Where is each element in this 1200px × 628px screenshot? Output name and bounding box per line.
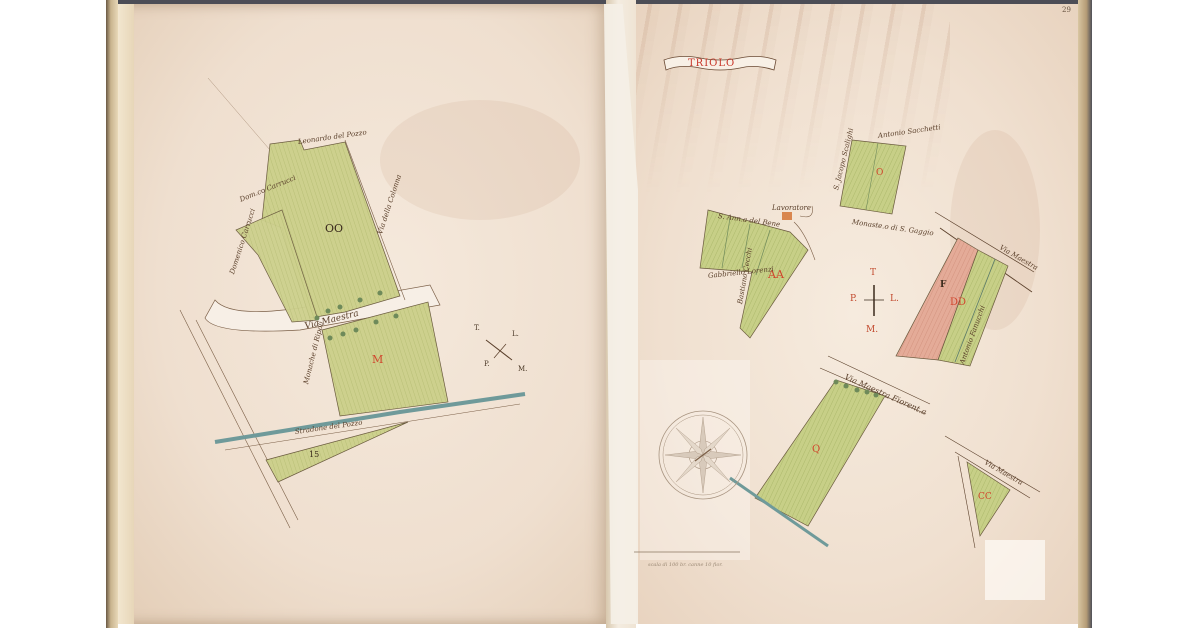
map-title: TRIOLO	[688, 58, 735, 69]
scale-note: scala di 100 br. canne 10 fior.	[648, 562, 723, 568]
compass-east: L.	[890, 294, 899, 304]
compass-east: L.	[512, 330, 519, 338]
parcel-label-O: O	[876, 168, 883, 178]
neighbor-label: Lavoratore	[772, 204, 811, 212]
parcel-label-CC: CC	[978, 492, 992, 502]
house-icon	[782, 212, 792, 220]
parcel-label-Q: Q	[812, 444, 820, 455]
atlas-spread: TRIOLO 29 OO M 15 Via Maestra Stradone d…	[0, 0, 1200, 628]
compass-south: M.	[866, 325, 878, 335]
compass-north: T.	[474, 324, 480, 332]
compass-west: P.	[850, 294, 857, 304]
compass-rose-icon	[659, 411, 747, 499]
parcel-O	[840, 140, 906, 214]
parcel-label-F: F	[940, 280, 946, 290]
parcel-label-OO: OO	[325, 222, 343, 235]
page-number: 29	[1062, 6, 1071, 14]
parcel-label-DD: DD	[950, 297, 966, 308]
compass-south: M.	[518, 365, 527, 373]
compass-north: T	[870, 268, 876, 278]
parcel-label-M: M	[372, 353, 383, 366]
map-drawing	[0, 0, 1200, 628]
compass-west: P.	[484, 360, 490, 368]
parcel-label-15: 15	[309, 450, 319, 459]
